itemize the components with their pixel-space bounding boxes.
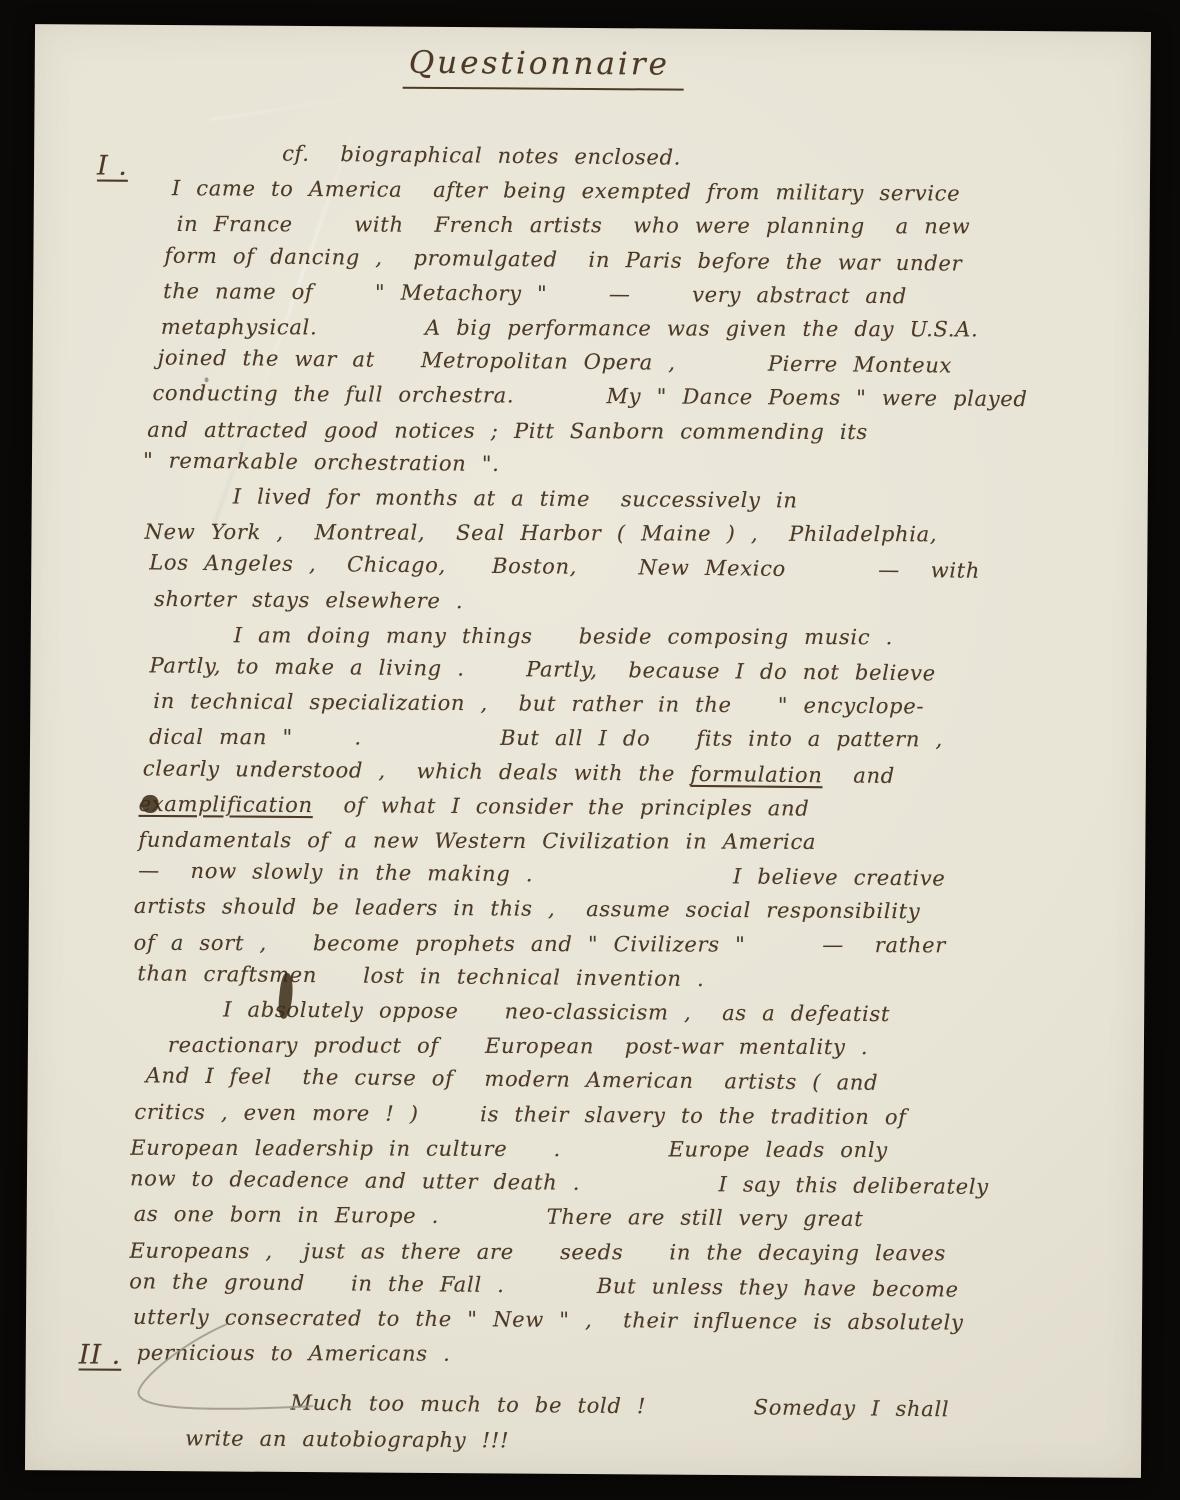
section-marker-1: I . bbox=[97, 151, 128, 182]
document-title: Questionnaire bbox=[403, 45, 684, 91]
photo-backdrop: Questionnaire I . II . cf. biographical … bbox=[0, 0, 1180, 1500]
section-marker-2: II . bbox=[79, 1339, 122, 1370]
handwritten-line: I am doing many things beside composing … bbox=[234, 618, 1134, 655]
paper-crease bbox=[210, 93, 378, 120]
handwritten-line: in France with French artists who were p… bbox=[177, 207, 1137, 244]
ink-blot bbox=[142, 795, 159, 813]
manuscript-page: Questionnaire I . II . cf. biographical … bbox=[25, 24, 1151, 1478]
handwritten-lines: cf. biographical notes enclosed.I came t… bbox=[128, 137, 1137, 1462]
handwritten-line: pernicious to Americans . bbox=[137, 1336, 1129, 1373]
